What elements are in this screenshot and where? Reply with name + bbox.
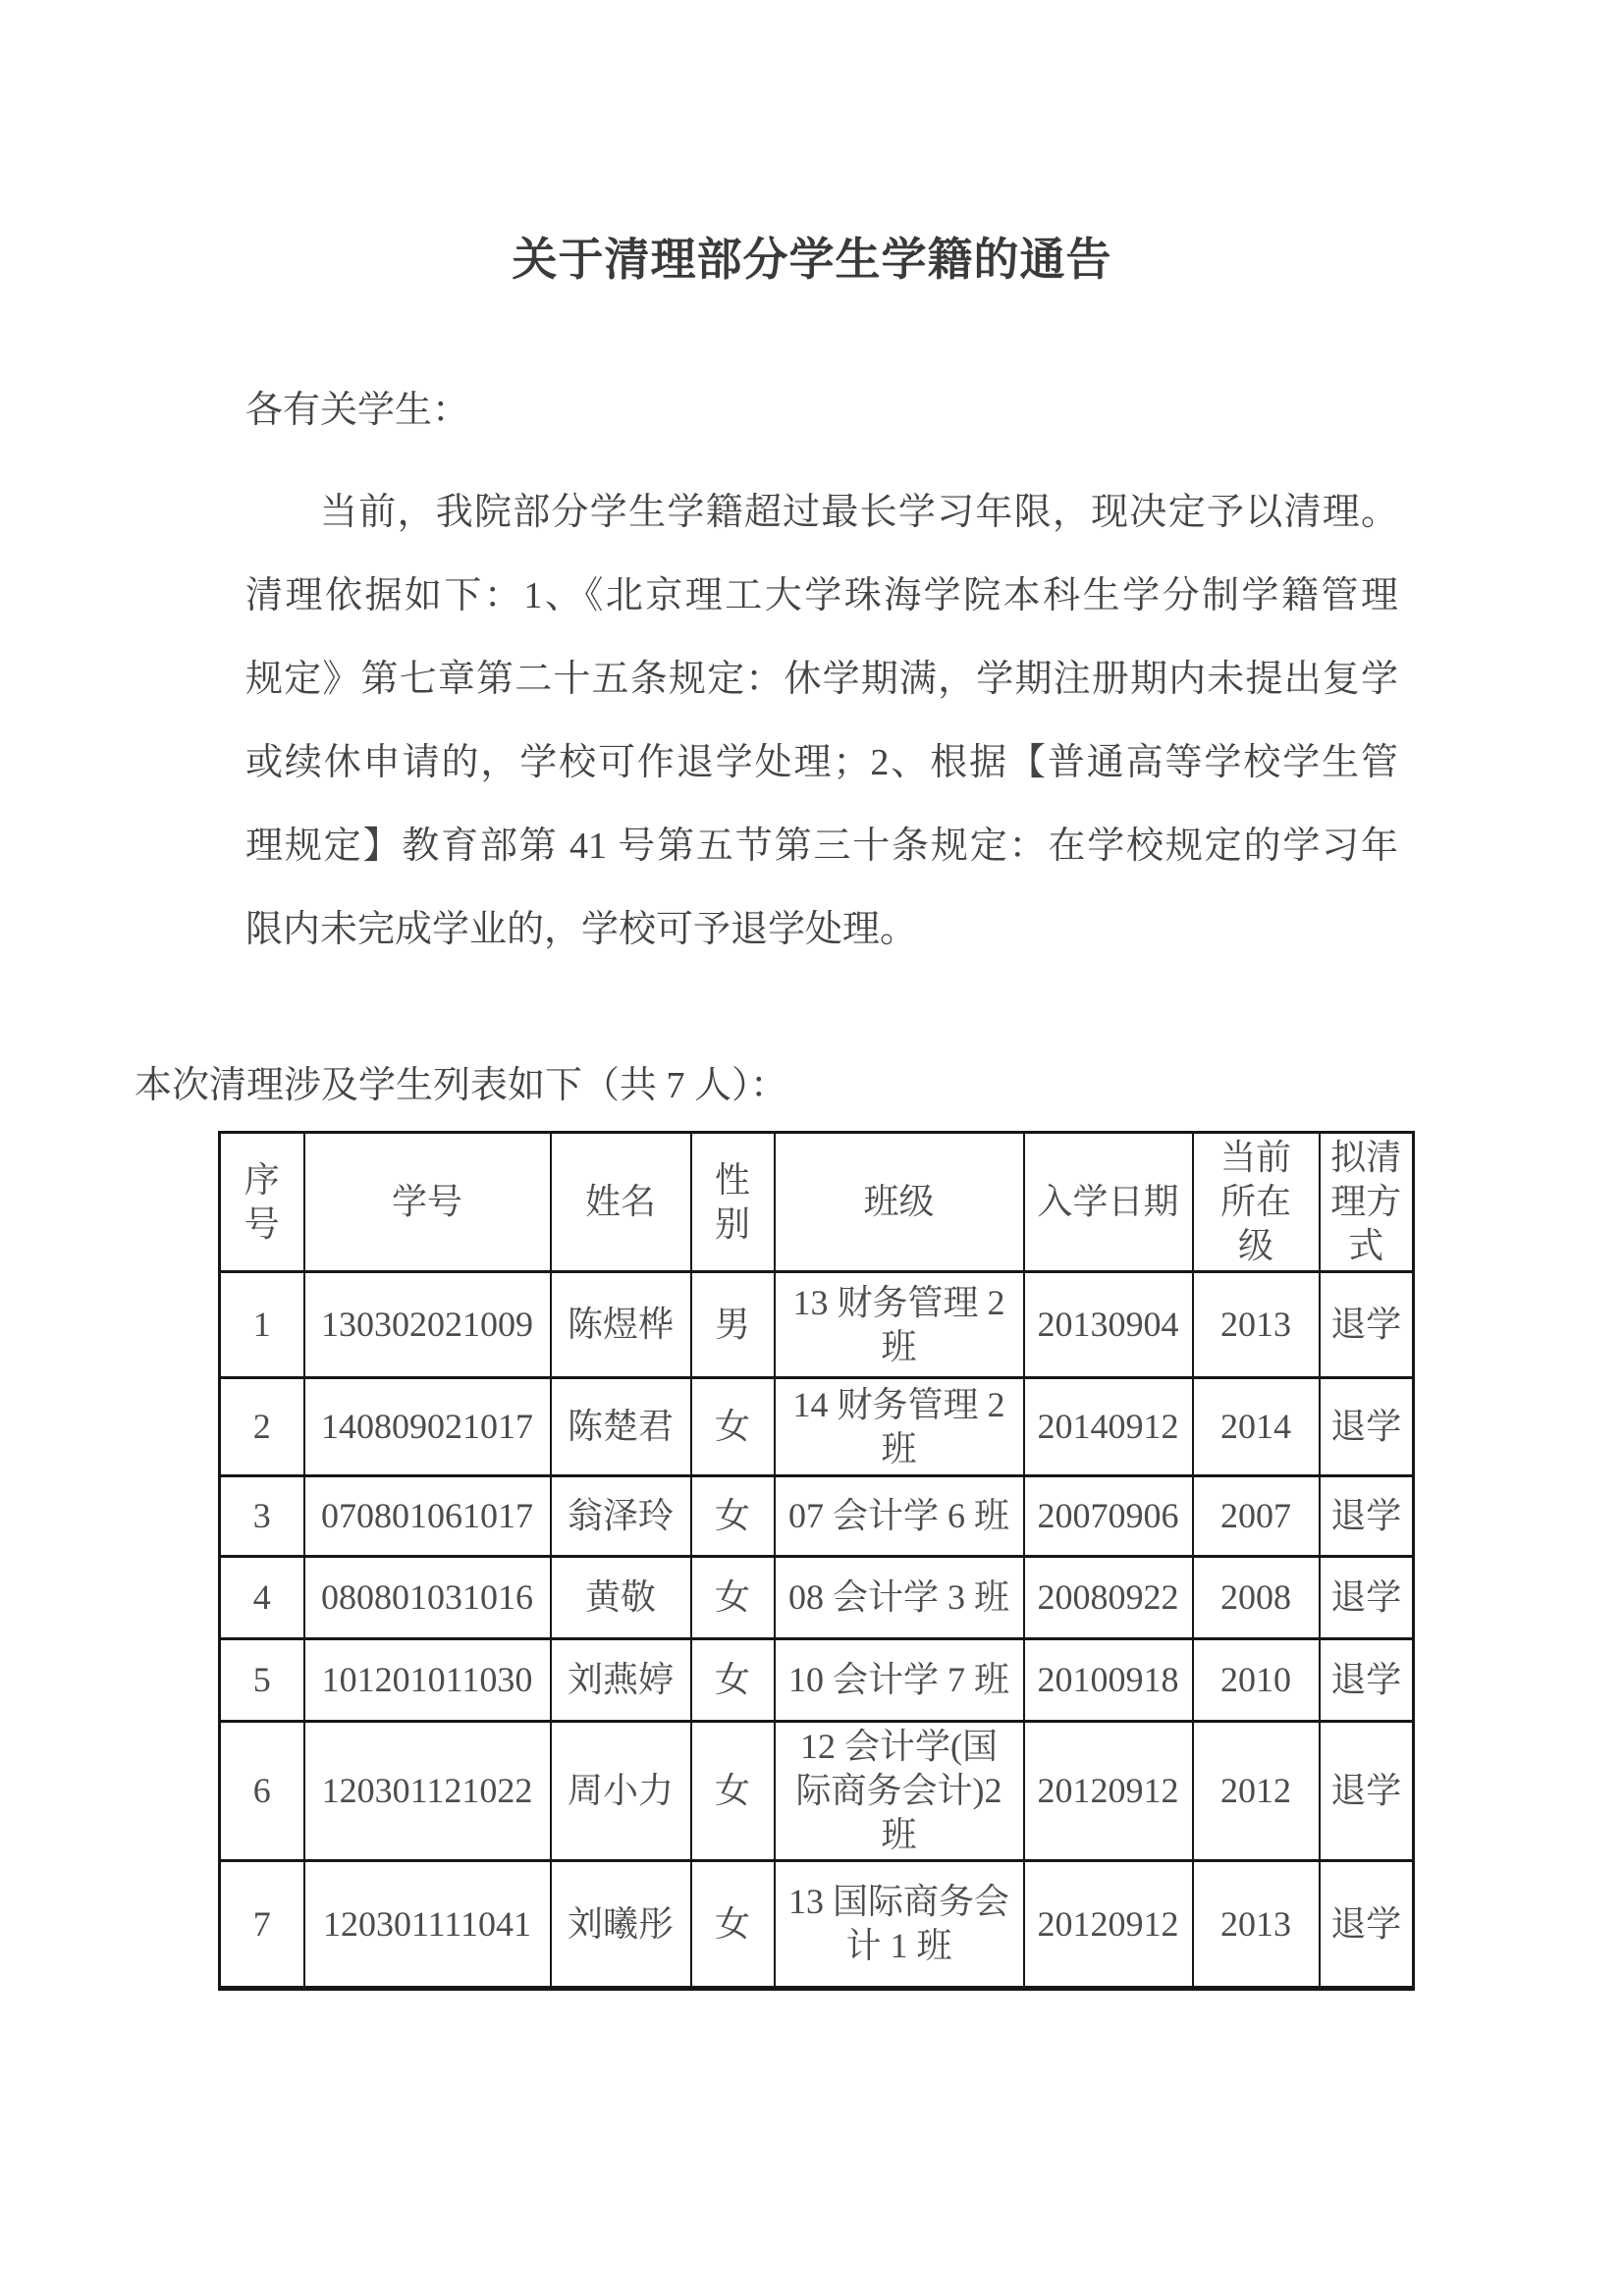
cell-name: 陈煜桦: [551, 1272, 691, 1378]
cell-action: 退学: [1320, 1378, 1414, 1476]
col-header-student-id: 学号: [304, 1133, 551, 1272]
cell-enroll-date: 20120912: [1024, 1722, 1193, 1861]
cell-gender: 女: [691, 1557, 775, 1639]
cell-no: 6: [220, 1722, 304, 1861]
table-row: 6 120301121022 周小力 女 12 会计学(国际商务会计)2 班 2…: [220, 1722, 1414, 1861]
paragraph-line: 清理依据如下：1、《北京理工大学珠海学院本科生学分制学籍管理: [245, 555, 1398, 638]
cell-student-id: 070801061017: [304, 1476, 551, 1557]
cell-name: 刘曦彤: [551, 1861, 691, 1989]
table-row: 5 101201011030 刘燕婷 女 10 会计学 7 班 20100918…: [220, 1639, 1414, 1722]
cell-current-grade: 2008: [1193, 1557, 1320, 1639]
col-header-no: 序号: [220, 1133, 304, 1272]
paragraph-line: 或续休申请的，学校可作退学处理；2、根据【普通高等学校学生管: [245, 721, 1398, 805]
paragraph-line: 当前，我院部分学生学籍超过最长学习年限，现决定予以清理。: [245, 471, 1398, 555]
col-header-current-grade: 当前所在级: [1193, 1133, 1320, 1272]
cell-name: 刘燕婷: [551, 1639, 691, 1722]
cell-enroll-date: 20100918: [1024, 1639, 1193, 1722]
notice-page: 关于清理部分学生学籍的通告 各有关学生： 当前，我院部分学生学籍超过最长学习年限…: [0, 0, 1624, 2296]
table-intro: 本次清理涉及学生列表如下（共 7 人）：: [135, 1062, 1624, 1109]
cell-student-id: 120301111041: [304, 1861, 551, 1989]
paragraph-line: 理规定】教育部第 41 号第五节第三十条规定：在学校规定的学习年: [245, 805, 1398, 888]
cell-class: 13 财务管理 2 班: [775, 1272, 1024, 1378]
table-row: 3 070801061017 翁泽玲 女 07 会计学 6 班 20070906…: [220, 1476, 1414, 1557]
cell-student-id: 140809021017: [304, 1378, 551, 1476]
cell-no: 7: [220, 1861, 304, 1989]
cell-action: 退学: [1320, 1722, 1414, 1861]
notice-title: 关于清理部分学生学籍的通告: [0, 0, 1624, 289]
table-row: 4 080801031016 黄敬 女 08 会计学 3 班 20080922 …: [220, 1557, 1414, 1639]
table-row: 1 130302021009 陈煜桦 男 13 财务管理 2 班 2013090…: [220, 1272, 1414, 1378]
cell-action: 退学: [1320, 1557, 1414, 1639]
col-header-name: 姓名: [551, 1133, 691, 1272]
cell-class: 12 会计学(国际商务会计)2 班: [775, 1722, 1024, 1861]
cell-no: 2: [220, 1378, 304, 1476]
cell-class: 10 会计学 7 班: [775, 1639, 1024, 1722]
cell-no: 1: [220, 1272, 304, 1378]
col-header-class: 班级: [775, 1133, 1024, 1272]
cell-current-grade: 2014: [1193, 1378, 1320, 1476]
cell-gender: 女: [691, 1722, 775, 1861]
cell-class: 07 会计学 6 班: [775, 1476, 1024, 1557]
cell-class: 14 财务管理 2 班: [775, 1378, 1024, 1476]
cell-gender: 女: [691, 1861, 775, 1989]
col-header-enroll-date: 入学日期: [1024, 1133, 1193, 1272]
students-table: 序号 学号 姓名 性别 班级 入学日期 当前所在级 拟清理方式 1 130302…: [218, 1131, 1415, 1991]
cell-action: 退学: [1320, 1861, 1414, 1989]
body-paragraph: 当前，我院部分学生学籍超过最长学习年限，现决定予以清理。 清理依据如下：1、《北…: [245, 471, 1398, 972]
table-row: 7 120301111041 刘曦彤 女 13 国际商务会计 1 班 20120…: [220, 1861, 1414, 1989]
cell-gender: 女: [691, 1378, 775, 1476]
cell-action: 退学: [1320, 1639, 1414, 1722]
cell-current-grade: 2013: [1193, 1861, 1320, 1989]
cell-no: 5: [220, 1639, 304, 1722]
cell-enroll-date: 20140912: [1024, 1378, 1193, 1476]
cell-no: 4: [220, 1557, 304, 1639]
cell-gender: 男: [691, 1272, 775, 1378]
cell-student-id: 080801031016: [304, 1557, 551, 1639]
cell-enroll-date: 20130904: [1024, 1272, 1193, 1378]
col-header-gender: 性别: [691, 1133, 775, 1272]
cell-student-id: 130302021009: [304, 1272, 551, 1378]
col-header-action: 拟清理方式: [1320, 1133, 1414, 1272]
cell-action: 退学: [1320, 1272, 1414, 1378]
cell-action: 退学: [1320, 1476, 1414, 1557]
paragraph-line: 限内未完成学业的，学校可予退学处理。: [245, 888, 1398, 972]
cell-name: 陈楚君: [551, 1378, 691, 1476]
cell-enroll-date: 20080922: [1024, 1557, 1193, 1639]
table-row: 2 140809021017 陈楚君 女 14 财务管理 2 班 2014091…: [220, 1378, 1414, 1476]
cell-current-grade: 2010: [1193, 1639, 1320, 1722]
cell-current-grade: 2007: [1193, 1476, 1320, 1557]
cell-class: 08 会计学 3 班: [775, 1557, 1024, 1639]
cell-name: 周小力: [551, 1722, 691, 1861]
cell-gender: 女: [691, 1476, 775, 1557]
cell-gender: 女: [691, 1639, 775, 1722]
greeting: 各有关学生：: [245, 387, 1624, 434]
cell-enroll-date: 20120912: [1024, 1861, 1193, 1989]
paragraph-line: 规定》第七章第二十五条规定：休学期满，学期注册期内未提出复学: [245, 638, 1398, 721]
cell-name: 翁泽玲: [551, 1476, 691, 1557]
cell-current-grade: 2012: [1193, 1722, 1320, 1861]
table-header-row: 序号 学号 姓名 性别 班级 入学日期 当前所在级 拟清理方式: [220, 1133, 1414, 1272]
cell-no: 3: [220, 1476, 304, 1557]
cell-class: 13 国际商务会计 1 班: [775, 1861, 1024, 1989]
cell-student-id: 120301121022: [304, 1722, 551, 1861]
cell-name: 黄敬: [551, 1557, 691, 1639]
cell-enroll-date: 20070906: [1024, 1476, 1193, 1557]
cell-current-grade: 2013: [1193, 1272, 1320, 1378]
cell-student-id: 101201011030: [304, 1639, 551, 1722]
